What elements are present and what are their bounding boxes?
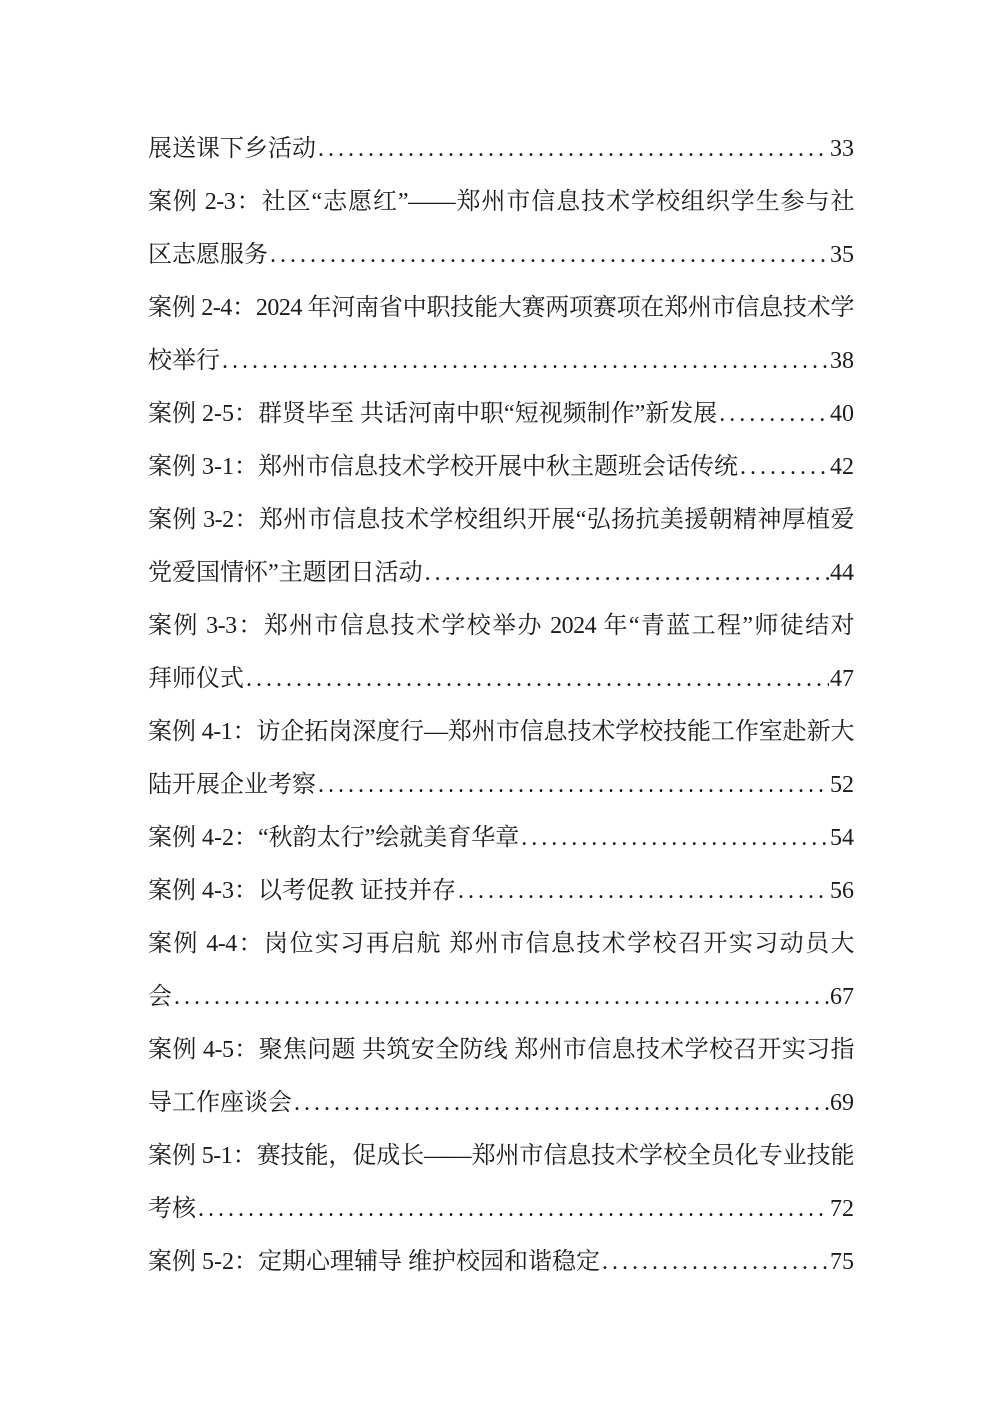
dot-leader: ........................................… xyxy=(270,229,829,282)
toc-page-number: 47 xyxy=(830,653,854,706)
toc-page-number: 33 xyxy=(830,123,854,176)
toc-line: 案例 4-4：岗位实习再启航 郑州市信息技术学校召开实习动员大 xyxy=(148,918,854,971)
dot-leader: ........................................… xyxy=(425,547,829,600)
toc-line: 案例 2-4：2024 年河南省中职技能大赛两项赛项在郑州市信息技术学 xyxy=(148,282,854,335)
toc-page-number: 38 xyxy=(830,335,854,388)
dot-leader: ........................................… xyxy=(719,388,829,441)
toc-page-number: 42 xyxy=(830,441,854,494)
toc-line: 案例 4-5：聚焦问题 共筑安全防线 郑州市信息技术学校召开实习指 xyxy=(148,1024,854,1077)
toc-line: 案例 5-2：定期心理辅导 维护校园和谐稳定 .................… xyxy=(148,1236,854,1289)
dot-leader: ........................................… xyxy=(294,1077,829,1130)
document-page: 展送课下乡活动 ................................… xyxy=(0,0,1000,1414)
toc-line: 案例 4-1：访企拓岗深度行—郑州市信息技术学校技能工作室赴新大 xyxy=(148,706,854,759)
toc-line: 案例 2-3：社区“志愿红”——郑州市信息技术学校组织学生参与社 xyxy=(148,176,854,229)
toc-line: 党爱国情怀”主题团日活动 ...........................… xyxy=(148,547,854,600)
toc-line-text: 案例 5-2：定期心理辅导 维护校园和谐稳定 xyxy=(148,1236,600,1289)
toc-line: 案例 2-5：群贤毕至 共话河南中职“短视频制作”新发展 ...........… xyxy=(148,388,854,441)
toc-page-number: 40 xyxy=(830,388,854,441)
toc-page-number: 56 xyxy=(830,865,854,918)
dot-leader: ........................................… xyxy=(458,865,829,918)
toc-page-number: 35 xyxy=(830,229,854,282)
toc-line-text: 导工作座谈会 xyxy=(148,1077,292,1130)
toc-line-text: 考核 xyxy=(148,1183,196,1236)
toc-page-number: 52 xyxy=(830,759,854,812)
toc-line: 案例 4-3：以考促教 证技并存 .......................… xyxy=(148,865,854,918)
toc-line: 展送课下乡活动 ................................… xyxy=(148,123,854,176)
toc-list: 展送课下乡活动 ................................… xyxy=(148,123,854,1289)
toc-line-text: 案例 2-5：群贤毕至 共话河南中职“短视频制作”新发展 xyxy=(148,388,717,441)
toc-line: 校举行 ....................................… xyxy=(148,335,854,388)
toc-line: 区志愿服务 ..................................… xyxy=(148,229,854,282)
toc-line-text: 案例 4-3：以考促教 证技并存 xyxy=(148,865,456,918)
toc-page-number: 69 xyxy=(830,1077,854,1130)
toc-line: 案例 5-1：赛技能，促成长——郑州市信息技术学校全员化专业技能 xyxy=(148,1130,854,1183)
toc-line-text: 区志愿服务 xyxy=(148,229,268,282)
toc-line: 导工作座谈会 .................................… xyxy=(148,1077,854,1130)
toc-line: 案例 4-2：“秋韵太行”绘就美育华章 ....................… xyxy=(148,812,854,865)
toc-line-text: 案例 5-1：赛技能，促成长——郑州市信息技术学校全员化专业技能 xyxy=(148,1143,854,1169)
toc-page-number: 44 xyxy=(830,547,854,600)
toc-line: 陆开展企业考察 ................................… xyxy=(148,759,854,812)
toc-line-text: 陆开展企业考察 xyxy=(148,759,316,812)
dot-leader: ........................................… xyxy=(602,1236,829,1289)
toc-line: 案例 3-3：郑州市信息技术学校举办 2024 年“青蓝工程”师徒结对 xyxy=(148,600,854,653)
toc-line-text: 案例 4-2：“秋韵太行”绘就美育华章 xyxy=(148,812,519,865)
toc-line-text: 案例 3-3：郑州市信息技术学校举办 2024 年“青蓝工程”师徒结对 xyxy=(148,613,854,639)
toc-line-text: 案例 4-5：聚焦问题 共筑安全防线 郑州市信息技术学校召开实习指 xyxy=(148,1037,854,1063)
toc-line-text: 案例 3-2：郑州市信息技术学校组织开展“弘扬抗美援朝精神厚植爱 xyxy=(148,507,854,533)
toc-page-number: 54 xyxy=(830,812,854,865)
dot-leader: ........................................… xyxy=(222,335,829,388)
toc-line: 案例 3-2：郑州市信息技术学校组织开展“弘扬抗美援朝精神厚植爱 xyxy=(148,494,854,547)
toc-line-text: 校举行 xyxy=(148,335,220,388)
toc-line: 考核 .....................................… xyxy=(148,1183,854,1236)
toc-page-number: 72 xyxy=(830,1183,854,1236)
toc-line-text: 案例 4-4：岗位实习再启航 郑州市信息技术学校召开实习动员大 xyxy=(148,931,854,957)
dot-leader: ........................................… xyxy=(198,1183,829,1236)
dot-leader: ........................................… xyxy=(521,812,829,865)
toc-line: 会 ......................................… xyxy=(148,971,854,1024)
toc-line: 拜师仪式 ...................................… xyxy=(148,653,854,706)
toc-page-number: 67 xyxy=(830,971,854,1024)
toc-line-text: 党爱国情怀”主题团日活动 xyxy=(148,547,423,600)
toc-line-text: 会 xyxy=(148,971,172,1024)
dot-leader: ........................................… xyxy=(740,441,829,494)
toc-page-number: 75 xyxy=(830,1236,854,1289)
dot-leader: ........................................… xyxy=(246,653,829,706)
toc-line-text: 展送课下乡活动 xyxy=(148,123,316,176)
toc-line-text: 案例 3-1：郑州市信息技术学校开展中秋主题班会话传统 xyxy=(148,441,738,494)
toc-line: 案例 3-1：郑州市信息技术学校开展中秋主题班会话传统 ............… xyxy=(148,441,854,494)
toc-line-text: 案例 2-4：2024 年河南省中职技能大赛两项赛项在郑州市信息技术学 xyxy=(148,295,854,321)
dot-leader: ........................................… xyxy=(318,759,829,812)
toc-line-text: 案例 2-3：社区“志愿红”——郑州市信息技术学校组织学生参与社 xyxy=(148,189,854,215)
toc-line-text: 案例 4-1：访企拓岗深度行—郑州市信息技术学校技能工作室赴新大 xyxy=(148,719,854,745)
dot-leader: ........................................… xyxy=(174,971,829,1024)
dot-leader: ........................................… xyxy=(318,123,829,176)
toc-line-text: 拜师仪式 xyxy=(148,653,244,706)
